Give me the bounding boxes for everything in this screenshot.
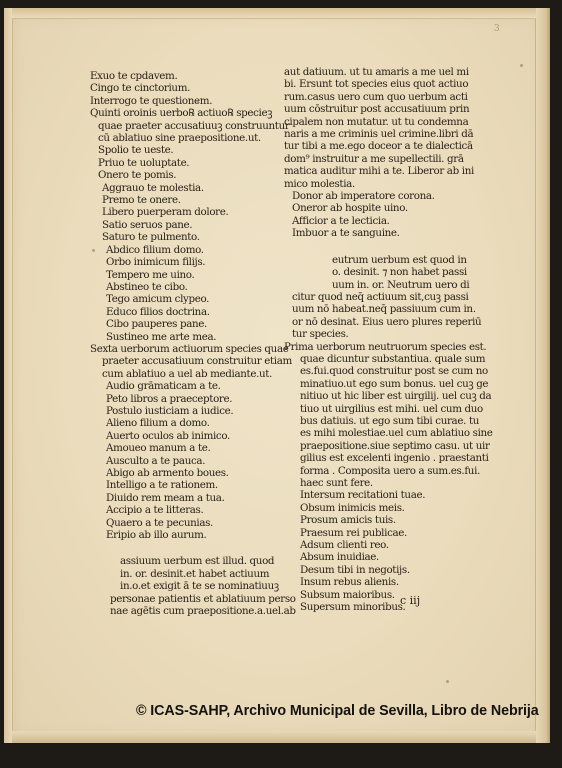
text-line: es.fui.quod construitur post se cum no (284, 365, 493, 377)
text-line: personae patientis et ablatiuum perso (90, 593, 296, 605)
text-line: Onero te pomis. (90, 169, 296, 181)
page-edge-right (535, 8, 550, 743)
page-edge-left (4, 8, 13, 743)
foxing-spot (196, 100, 199, 103)
foxing-spot (92, 249, 95, 252)
text-line: gilius est excelenti ingenio . praestant… (284, 452, 493, 464)
text-line: aut datiuum. ut tu amaris a me uel mi (284, 66, 493, 78)
text-line: cipalem non mutatur. ut tu condemna (284, 116, 493, 128)
text-line: Audio grāmaticam a te. (90, 380, 296, 392)
text-line: Spolio te ueste. (90, 144, 296, 156)
text-line: o. desinit. ⁊ non habet passi (284, 266, 493, 278)
text-line: Diuido rem meam a tua. (90, 492, 296, 504)
text-line: quae praeter accusatiuuꝫ construuntur (90, 120, 296, 132)
text-line: nitiuo ut hic liber est uirgilij. uel cu… (284, 390, 493, 402)
text-line: Intersum recitationi tuae. (284, 489, 493, 501)
text-line: Ausculto a te pauca. (90, 455, 296, 467)
text-line: Educo filios doctrina. (90, 306, 296, 318)
text-line: uum cōstruitur post accusatiuum prin (284, 103, 493, 115)
text-line: quae dicuntur substantiua. quale sum (284, 353, 493, 365)
page-edge-top (12, 8, 536, 19)
text-line: Donor ab imperatore corona. (284, 190, 493, 202)
text-line: eutrum uerbum est quod in (284, 254, 493, 266)
text-line: minatiuo.ut ego sum bonus. uel cuꝫ ge (284, 378, 493, 390)
text-line: in.o.et exigit ā te se nominatiuuꝫ (90, 580, 296, 592)
text-line: Libero puerperam dolore. (90, 206, 296, 218)
text-line: Cingo te cinctorium. (90, 82, 296, 94)
text-line: Orbo inimicum filijs. (90, 256, 296, 268)
text-line: or nō desinat. Eius uero plures reperiū (284, 316, 493, 328)
text-line: Saturo te pulmento. (90, 231, 296, 243)
text-line: Insum rebus alienis. (284, 576, 493, 588)
text-line: Abdico filium domo. (90, 244, 296, 256)
text-line: Postulo iusticiam a iudice. (90, 405, 296, 417)
block-gap (284, 240, 493, 254)
text-line: Accipio a te litteras. (90, 504, 296, 516)
text-line: uum nō habeat.neq̄ passiuum cum in. (284, 303, 493, 315)
text-line: Obsum inimicis meis. (284, 502, 493, 514)
text-line: praeter accusatiuum construitur etiam (90, 355, 296, 367)
text-line: Quaero a te pecunias. (90, 517, 296, 529)
text-line: Tego amicum clypeo. (90, 293, 296, 305)
text-line: matica auditur mihi a te. Liberor ab ini (284, 165, 493, 177)
text-line: Afficior a te lecticia. (284, 215, 493, 227)
text-line: Interrogo te questionem. (90, 95, 296, 107)
text-line: rum.casus uero cum quo uerbum acti (284, 91, 493, 103)
text-line: Sustineo me arte mea. (90, 331, 296, 343)
text-line: Auerto oculos ab inimico. (90, 430, 296, 442)
text-line: Premo te onere. (90, 194, 296, 206)
block-gap (90, 541, 296, 555)
foxing-spot (446, 680, 449, 683)
text-line: haec sunt fere. (284, 477, 493, 489)
text-line: tur species. (284, 328, 493, 340)
text-line: Priuo te uoluptate. (90, 157, 296, 169)
text-line: Abstineo te cibo. (90, 281, 296, 293)
text-line: Adsum clienti reo. (284, 539, 493, 551)
text-line: dom⁹ instruitur a me supellectili. grā (284, 153, 493, 165)
text-line: tur tibi a me.ego doceor a te dialecticā (284, 140, 493, 152)
page-edge-bottom (12, 731, 536, 743)
text-line: naris a me criminis uel crimine.libri dā (284, 128, 493, 140)
text-line: Exuo te cpdavem. (90, 70, 296, 82)
text-line: citur quod neq̄ actiuum sit,cuꝫ passi (284, 291, 493, 303)
text-line: Quinti oroinis uerbo℞ actiuo℞ specieꝫ (90, 107, 296, 119)
text-line: tiuo ut uirgilius est mihi. uel cum duo (284, 403, 493, 415)
text-line: forma . Composita uero a sum.es.fui. (284, 465, 493, 477)
text-line: Aggrauo te molestia. (90, 182, 296, 194)
text-line: bi. Ersunt tot species eius quot actiuo (284, 78, 493, 90)
text-line: Satio seruos pane. (90, 219, 296, 231)
text-line: Eripio ab illo aurum. (90, 529, 296, 541)
text-line: cū ablatiuo sine praepositione.ut. (90, 132, 296, 144)
text-line: Desum tibi in negotijs. (284, 564, 493, 576)
text-line: cum ablatiuo a uel ab mediante.ut. (90, 368, 296, 380)
text-line: Supersum minoribus. (284, 601, 493, 613)
text-line: bus datiuis. ut ego sum tibi curae. tu (284, 415, 493, 427)
text-line: Sexta uerborum actiuorum species quae (90, 343, 296, 355)
left-text-column: Exuo te cpdavem. Cingo te cinctorium. In… (90, 70, 296, 617)
text-line: Cibo pauperes pane. (90, 318, 296, 330)
text-line: in. or. desinit.et habet actiuum (90, 568, 296, 580)
copyright-watermark: © ICAS-SAHP, Archivo Municipal de Sevill… (136, 703, 539, 719)
right-text-column: aut datiuum. ut tu amaris a me uel mi bi… (284, 66, 493, 613)
text-line: Prosum amicis tuis. (284, 514, 493, 526)
signature-mark: c iij (400, 594, 420, 607)
text-line: Oneror ab hospite uino. (284, 202, 493, 214)
text-line: uum in. or. Neutrum uero di (284, 279, 493, 291)
text-line: Peto libros a praeceptore. (90, 393, 296, 405)
foxing-spot (520, 64, 523, 67)
text-line: Abigo ab armento boues. (90, 467, 296, 479)
text-line: Subsum maioribus. (284, 589, 493, 601)
text-line: Prima uerborum neutruorum species est. (284, 341, 493, 353)
text-line: es mihi molestiae.uel cum ablatiuo sine (284, 427, 493, 439)
text-line: Alieno filium a domo. (90, 417, 296, 429)
text-line: Imbuor a te sanguine. (284, 227, 493, 239)
folio-pencil-mark: 3 (494, 24, 500, 34)
text-line: nae agētis cum praepositione.a.uel.ab (90, 605, 296, 617)
text-line: Tempero me uino. (90, 269, 296, 281)
text-line: mico molestia. (284, 178, 493, 190)
text-line: Intelligo a te rationem. (90, 479, 296, 491)
text-line: praepositione.siue septimo casu. ut uir (284, 440, 493, 452)
text-line: Absum inuidiae. (284, 551, 493, 563)
text-line: Praesum rei publicae. (284, 527, 493, 539)
text-line: assiuum uerbum est illud. quod (90, 555, 296, 567)
text-line: Amoueo manum a te. (90, 442, 296, 454)
